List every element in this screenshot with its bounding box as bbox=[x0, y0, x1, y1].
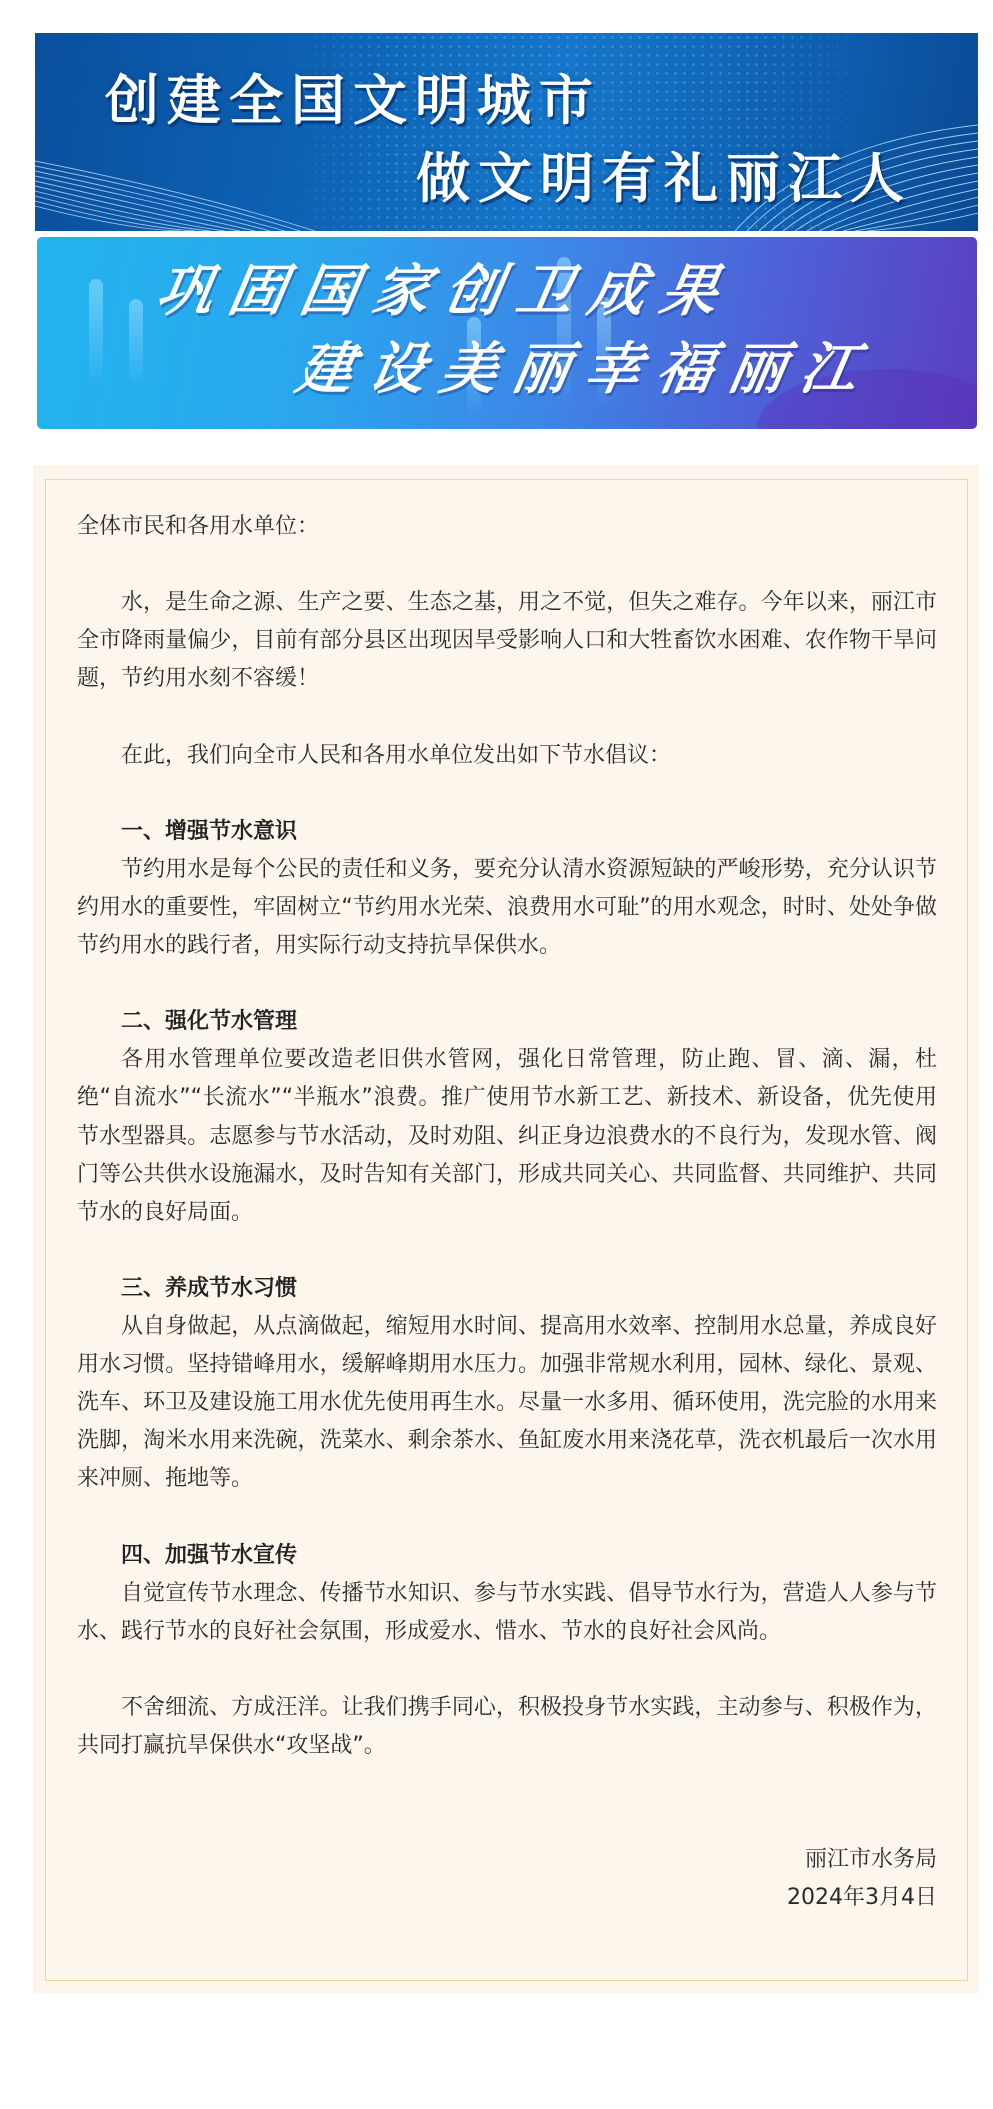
spacer bbox=[77, 1651, 937, 1689]
banner-title-line1: 巩固国家创卫成果 bbox=[152, 261, 739, 323]
spacer bbox=[77, 1803, 937, 1841]
section-body: 各用水管理单位要改造老旧供水管网，强化日常管理，防止跑、冒、滴、漏，杜绝“自流水… bbox=[77, 1041, 937, 1231]
preface-paragraph: 在此，我们向全市人民和各用水单位发出如下节水倡议： bbox=[77, 737, 937, 775]
closing-paragraph: 不舍细流、方成汪洋。让我们携手同心，积极投身节水实践，主动参与、积极作为，共同打… bbox=[77, 1689, 937, 1765]
section-heading: 二、强化节水管理 bbox=[77, 1003, 937, 1041]
section-body: 从自身做起，从点滴做起，缩短用水时间、提高用水效率、控制用水总量，养成良好用水习… bbox=[77, 1308, 937, 1498]
banner-title-line2: 建设美丽幸福丽江 bbox=[292, 339, 879, 401]
date: 2024年3月4日 bbox=[77, 1879, 937, 1917]
intro-paragraph: 水，是生命之源、生产之要、生态之基，用之不觉，但失之难存。今年以来，丽江市全市降… bbox=[77, 584, 937, 698]
spacer bbox=[77, 965, 937, 1003]
pillar-decoration bbox=[129, 299, 143, 389]
spacer bbox=[77, 1765, 937, 1803]
spacer bbox=[77, 698, 937, 736]
salutation: 全体市民和各用水单位： bbox=[77, 508, 937, 546]
section-heading: 一、增强节水意识 bbox=[77, 813, 937, 851]
letter-panel: 全体市民和各用水单位： 水，是生命之源、生产之要、生态之基，用之不觉，但失之难存… bbox=[33, 465, 979, 1993]
section-body: 自觉宣传节水理念、传播节水知识、参与节水实践、倡导节水行为，营造人人参与节水、践… bbox=[77, 1575, 937, 1651]
spacer bbox=[77, 1498, 937, 1536]
section-heading: 三、养成节水习惯 bbox=[77, 1270, 937, 1308]
signature: 丽江市水务局 bbox=[77, 1841, 937, 1879]
spacer bbox=[77, 546, 937, 584]
spacer bbox=[77, 775, 937, 813]
banner-title-line1: 创建全国文明城市 bbox=[105, 71, 601, 131]
banner-health-city: 巩固国家创卫成果 建设美丽幸福丽江 bbox=[37, 237, 977, 429]
spacer bbox=[77, 1232, 937, 1270]
letter-frame: 全体市民和各用水单位： 水，是生命之源、生产之要、生态之基，用之不觉，但失之难存… bbox=[45, 479, 968, 1981]
banner-title-line2: 做文明有礼丽江人 bbox=[416, 149, 912, 209]
section-heading: 四、加强节水宣传 bbox=[77, 1537, 937, 1575]
pillar-decoration bbox=[89, 279, 103, 389]
section-body: 节约用水是每个公民的责任和义务，要充分认清水资源短缺的严峻形势，充分认识节约用水… bbox=[77, 851, 937, 965]
banner-civilized-city: 创建全国文明城市 做文明有礼丽江人 bbox=[35, 33, 978, 231]
letter-content: 全体市民和各用水单位： 水，是生命之源、生产之要、生态之基，用之不觉，但失之难存… bbox=[77, 508, 937, 1917]
